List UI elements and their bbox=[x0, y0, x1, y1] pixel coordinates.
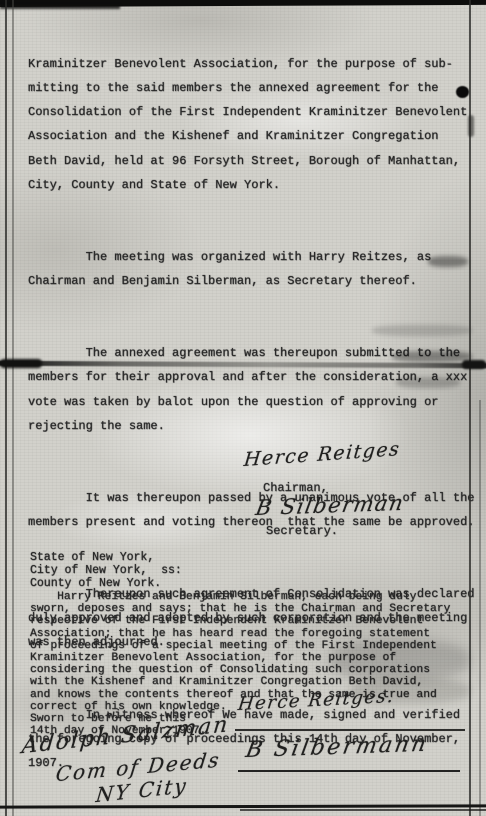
scan-border-left bbox=[5, 0, 7, 816]
paragraph-vote-passed: It was thereupon passed by a unanimous v… bbox=[28, 486, 480, 534]
paragraph-agreement-submitted: The annexed agreement was thereupon subm… bbox=[28, 341, 480, 437]
document-page: Kraminitzer Benevolent Association, for … bbox=[0, 0, 486, 816]
page-margin-rule-left bbox=[12, 0, 14, 816]
secretary-label: Secretary. bbox=[266, 524, 338, 538]
paragraph-consolidation-purpose: Kraminitzer Benevolent Association, for … bbox=[28, 52, 480, 197]
notary-venue: State of New York, City of New York, ss:… bbox=[30, 551, 330, 591]
paragraph-meeting-organized: The meeting was organized with Harry Rei… bbox=[28, 245, 480, 293]
